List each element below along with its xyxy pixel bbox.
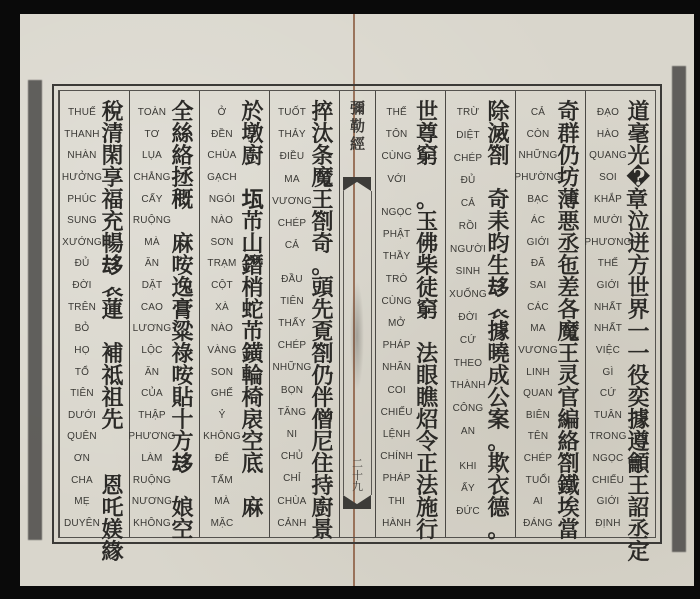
quoc-ngu-gloss: TUỐTTHẢYĐIỀUMAVƯƠNGCHÉPCẢĐẦUTIÊNTHẤYCHÉP… xyxy=(274,101,310,531)
gloss-word: CHÉP xyxy=(524,453,553,464)
gloss-word: BẠC xyxy=(527,194,548,205)
han-char: 十 xyxy=(171,409,193,431)
text-column-7: 全絲絡拯穊𤳆麻咹逸膏粱祿咹貼十方𠫾𤳆娘空TOÀNTƠLỤACHẲNGCẤYRUỘ… xyxy=(129,91,199,537)
han-char: 膏 xyxy=(171,299,193,321)
han-char: 景 xyxy=(311,519,333,541)
gloss-word: PHƯƠNG xyxy=(128,431,175,442)
quoc-ngu-gloss: CẢCÒNNHỮNGPHƯỜNGBẠCÁCGIỚIĐÃSAICÁCMAVƯƠNG… xyxy=(520,101,556,531)
quoc-ngu-gloss: THUẾTHANHNHÀNHƯỞNGPHÚCSUNGXƯỚNGĐỦĐỜITRÊN… xyxy=(64,101,100,531)
gloss-word: NHẤT xyxy=(594,302,622,313)
han-char: 持 xyxy=(311,475,333,497)
gloss-word: ĐỦ xyxy=(461,175,476,186)
gloss-word: SUNG xyxy=(67,215,97,226)
han-nom-text: 世尊窮𠳨。玉佛柴徒窮𨷑法眼瞧炤令正法施行 xyxy=(413,101,441,531)
page-sheet: 道毫光�章泣迸方世界一一役奕據遵龥王詔丞定ĐẠOHÀOQUANGSOIKHẮPM… xyxy=(20,14,694,586)
gloss-word: SON xyxy=(211,367,233,378)
gloss-word: LINH xyxy=(526,367,550,378)
gloss-word: THẾ xyxy=(598,258,619,269)
gloss-word: THANH xyxy=(64,129,99,140)
han-char: 遵 xyxy=(627,431,649,453)
gloss-word: HỌ xyxy=(74,345,89,356)
gloss-word: MẸ xyxy=(74,496,89,507)
gloss-word: ĐIỀU xyxy=(280,151,305,162)
han-char: 清 xyxy=(101,123,123,145)
gloss-word: CỦA xyxy=(141,388,163,399)
han-char: 案 xyxy=(487,409,509,431)
han-char: 汰 xyxy=(311,123,333,145)
gloss-word: PHÚC xyxy=(67,194,96,205)
han-char: 享 xyxy=(101,167,123,189)
gloss-word: ĐỜI xyxy=(72,280,91,291)
book-title-char: 彌 xyxy=(350,99,365,117)
gloss-word: BIÊN xyxy=(526,410,550,421)
han-char: 蛇 xyxy=(241,299,263,321)
han-char: 一 xyxy=(627,343,649,365)
gloss-word: GÌ xyxy=(603,367,614,378)
han-char: 。 xyxy=(487,519,509,541)
gloss-word: CHỈ xyxy=(283,473,301,484)
han-char: 底 xyxy=(241,453,263,475)
gloss-word: SƠN xyxy=(210,237,233,248)
han-char: 定 xyxy=(627,541,649,563)
gloss-word: CÒN xyxy=(527,129,550,140)
gloss-word: ẤY xyxy=(461,483,475,494)
gloss-word: CHIẾU xyxy=(381,407,413,418)
fishtail-bottom-icon xyxy=(343,495,371,509)
gloss-word: LỆNH xyxy=(383,429,410,440)
han-char: 拯 xyxy=(171,167,193,189)
gloss-word: TÊN xyxy=(528,431,549,442)
gloss-word: BỌN xyxy=(281,385,303,396)
gloss-word: QUANG xyxy=(589,150,627,161)
quoc-ngu-gloss: THẾTÔNCÙNGVỚINGỌCPHẬTTHẦYTRÒCÙNGMỞPHÁPNH… xyxy=(380,101,413,531)
gloss-word: TỔ xyxy=(75,367,89,378)
han-char: 炤 xyxy=(416,409,438,431)
gloss-word: TUỐT xyxy=(278,107,306,118)
han-char: 正 xyxy=(416,453,438,475)
gloss-word: CHẲNG xyxy=(133,172,170,183)
quoc-ngu-gloss: TRỪDIỆTCHÉPĐỦCẢRỒINGƯỜISINHXUỐNGĐỜICỨTHE… xyxy=(450,101,486,531)
gloss-word: ĐÁNG xyxy=(523,518,553,529)
page-number: 二 十 九 xyxy=(340,458,375,493)
gloss-word: Ở xyxy=(218,107,227,118)
han-char: �章 xyxy=(626,167,651,211)
gloss-word: MƯỜI xyxy=(593,215,622,226)
han-char: 絡 xyxy=(557,431,579,453)
gloss-word: VÀNG xyxy=(207,345,236,356)
han-char: 悪 xyxy=(557,211,579,233)
gloss-word: SAI xyxy=(530,280,547,291)
gloss-word: DẶT xyxy=(142,280,163,291)
gloss-word: VƯƠNG xyxy=(518,345,558,356)
gloss-word: XƯỚNG xyxy=(62,237,102,248)
gloss-word: THEO xyxy=(454,358,483,369)
han-char: 補 xyxy=(101,343,123,365)
gloss-word: HƯỞNG xyxy=(62,172,102,183)
book-title: 彌 勒 經 xyxy=(340,99,375,153)
gloss-word: ĐẦU xyxy=(281,274,303,285)
gloss-word: TRÊN xyxy=(68,302,96,313)
han-char: 埃 xyxy=(557,497,579,519)
han-char: 王 xyxy=(311,189,333,211)
text-frame: 道毫光�章泣迸方世界一一役奕據遵龥王詔丞定ĐẠOHÀOQUANGSOIKHẮPM… xyxy=(52,84,662,544)
quoc-ngu-gloss: TOÀNTƠLỤACHẲNGCẤYRUỘNGMÀĂNDẶTCAOLƯƠNGLỘC… xyxy=(134,101,170,531)
gloss-word: DƯỚI xyxy=(68,410,96,421)
han-char: 耒 xyxy=(487,211,509,233)
han-char: 覔 xyxy=(311,321,333,343)
han-char: 迸 xyxy=(627,233,649,255)
text-column-4: 世尊窮𠳨。玉佛柴徒窮𨷑法眼瞧炤令正法施行THẾTÔNCÙNGVỚINGỌCPHẬ… xyxy=(375,91,445,537)
han-char: 輪 xyxy=(241,365,263,387)
gloss-word: MÀ xyxy=(144,237,159,248)
gloss-word: CHÉP xyxy=(454,153,483,164)
gloss-word: SOI xyxy=(599,172,617,183)
han-char: 滅 xyxy=(487,123,509,145)
gloss-word: CÙNG xyxy=(382,296,412,307)
han-char: 空 xyxy=(171,519,193,541)
gloss-word: CHỦ xyxy=(281,451,303,462)
text-columns: 道毫光�章泣迸方世界一一役奕據遵龥王詔丞定ĐẠOHÀOQUANGSOIKHẮPM… xyxy=(59,91,655,537)
han-char: 㐌 xyxy=(557,255,579,277)
gloss-word: NÀO xyxy=(211,215,233,226)
gloss-word: PHẬT xyxy=(383,229,410,240)
gloss-word: ĂN xyxy=(145,367,159,378)
han-char: 役 xyxy=(627,365,649,387)
han-char: 劄 xyxy=(487,145,509,167)
gloss-word: GIỚI xyxy=(527,237,550,248)
gloss-word: MÀ xyxy=(214,496,229,507)
gloss-word: NHÃN xyxy=(382,362,411,373)
gloss-word: KHI xyxy=(459,461,476,472)
han-char: 德 xyxy=(487,497,509,519)
gloss-word: DIỆT xyxy=(456,130,480,141)
han-char: 奇 xyxy=(557,101,579,123)
han-nom-text: 奇群仍坊薄悪丞㐌差各魔王灵官編絡劄鐵埃當 xyxy=(556,101,581,531)
han-char: 奇 xyxy=(487,189,509,211)
han-char: 鐕 xyxy=(241,255,263,277)
gloss-word: CHA xyxy=(71,475,93,486)
han-char: 廚 xyxy=(311,497,333,519)
gloss-word: CÔNG xyxy=(453,403,484,414)
text-column-6: 於墩廚𡎝𤬪芇山鐕梢蛇芇鐄輪椅扆空底𦁻麻𪰛ỞĐỀNCHÙAGẠCHNGÓINÀOS… xyxy=(199,91,269,537)
han-char: 吒 xyxy=(101,497,123,519)
gloss-word: NI xyxy=(287,429,297,440)
han-char: 窮 xyxy=(416,145,438,167)
han-char: 鐄 xyxy=(241,343,263,365)
han-char: 王 xyxy=(557,343,579,365)
han-nom-text: 於墩廚𡎝𤬪芇山鐕梢蛇芇鐄輪椅扆空底𦁻麻𪰛 xyxy=(240,101,265,531)
gloss-word: CHÍNH xyxy=(380,451,413,462)
han-char: 扆 xyxy=(241,409,263,431)
han-char: 𤬪 xyxy=(241,189,263,211)
gloss-word: THÀNH xyxy=(450,380,485,391)
han-char: 官 xyxy=(557,387,579,409)
han-char: 魔 xyxy=(311,167,333,189)
text-column-1: 道毫光�章泣迸方世界一一役奕據遵龥王詔丞定ĐẠOHÀOQUANGSOIKHẮPM… xyxy=(585,91,655,537)
gloss-word: TUÂN xyxy=(594,410,622,421)
gloss-word: CHÙA xyxy=(207,150,236,161)
gloss-word: GHẾ xyxy=(211,388,233,399)
han-char: 逸 xyxy=(171,277,193,299)
gloss-word: SINH xyxy=(456,266,481,277)
han-char: 伴 xyxy=(311,387,333,409)
han-char: 捽 xyxy=(311,101,333,123)
han-char: 世 xyxy=(627,277,649,299)
han-char: 令 xyxy=(416,431,438,453)
han-char: 編 xyxy=(557,409,579,431)
han-char: 於 xyxy=(241,101,263,123)
han-char: 空 xyxy=(241,431,263,453)
text-column-8: 稅清閑享福充暢𠫾𧘇蓮𡗶補祗祖先𠁑𢖵恩吒媄緣THUẾTHANHNHÀNHƯỞNGP… xyxy=(59,91,129,537)
text-column-2: 奇群仍坊薄悪丞㐌差各魔王灵官編絡劄鐵埃當CẢCÒNNHỮNGPHƯỜNGBẠCÁ… xyxy=(515,91,585,537)
quoc-ngu-gloss: ĐẠOHÀOQUANGSOIKHẮPMƯỜIPHƯƠNGTHẾGIỚINHẤTN… xyxy=(590,101,626,531)
gloss-word: TRẠM xyxy=(207,258,236,269)
gloss-word: ƠN xyxy=(74,453,90,464)
han-char: 頭 xyxy=(311,277,333,299)
gloss-word: ĐÃ xyxy=(531,258,545,269)
gloss-word: CHÉP xyxy=(278,340,307,351)
han-char: 。 xyxy=(416,189,438,211)
han-char: 成 xyxy=(487,365,509,387)
gloss-word: VỚI xyxy=(387,174,406,185)
gloss-word: QUAN xyxy=(523,388,553,399)
han-char: 劄 xyxy=(557,453,579,475)
gloss-word: HÀNH xyxy=(382,518,411,529)
han-nom-text: 除滅劄𢬣奇耒昀生𠫾𧘇據曉成公案。欺衣德。 xyxy=(486,101,511,531)
gloss-word: TRÒ xyxy=(386,274,408,285)
gloss-word: CHIẾU xyxy=(592,475,624,486)
gloss-word: CHÙA xyxy=(277,496,306,507)
han-char: 墩 xyxy=(241,123,263,145)
han-char: 緣 xyxy=(101,541,123,563)
han-char: 𧘇 xyxy=(101,277,123,299)
gloss-word: AN xyxy=(461,426,475,437)
gloss-word: MẶC xyxy=(211,518,234,529)
gloss-word: BỎ xyxy=(75,323,90,334)
han-char: 奕 xyxy=(627,387,649,409)
gloss-word: CÙNG xyxy=(382,151,412,162)
gloss-word: ĐỨC xyxy=(456,506,480,517)
gloss-word: CỨ xyxy=(600,388,616,399)
right-margin-shade xyxy=(672,66,686,552)
gloss-word: CỨ xyxy=(460,335,476,346)
gloss-word: ĐỂ xyxy=(215,453,229,464)
gloss-word: TƠ xyxy=(144,129,159,140)
gloss-word: PHƯỜNG xyxy=(514,172,561,183)
gloss-word: NHÀN xyxy=(67,150,96,161)
han-char: 薄 xyxy=(557,189,579,211)
gloss-word: THẦY xyxy=(383,251,410,262)
han-nom-text: 捽汰条魔王劄奇。頭先覔劄仍伴僧尼住持廚景 xyxy=(310,101,335,531)
han-char: 祖 xyxy=(101,387,123,409)
han-char: 坊 xyxy=(557,167,579,189)
han-char: 麻 xyxy=(171,233,193,255)
han-char: 先 xyxy=(311,299,333,321)
gloss-word: LỘC xyxy=(141,345,162,356)
han-char: 椅 xyxy=(241,387,263,409)
text-frame-inner: 道毫光�章泣迸方世界一一役奕據遵龥王詔丞定ĐẠOHÀOQUANGSOIKHẮPM… xyxy=(58,90,656,538)
gloss-word: GIỚI xyxy=(597,280,620,291)
han-char: 法 xyxy=(416,475,438,497)
gloss-word: NGỌC xyxy=(381,207,412,218)
han-char: 據 xyxy=(487,321,509,343)
gloss-word: NGỌC xyxy=(593,453,624,464)
gloss-word: MA xyxy=(284,174,299,185)
han-char: 仍 xyxy=(311,365,333,387)
text-column-5: 捽汰条魔王劄奇。頭先覔劄仍伴僧尼住持廚景TUỐTTHẢYĐIỀUMAVƯƠNGC… xyxy=(269,91,339,537)
gloss-word: CẢNH xyxy=(277,518,306,529)
gloss-word: CHÉP xyxy=(278,218,307,229)
han-char: 毫 xyxy=(627,123,649,145)
han-char: 福 xyxy=(101,189,123,211)
han-char: 行 xyxy=(416,519,438,541)
page-number-char: 九 xyxy=(352,481,363,493)
center-rule xyxy=(343,191,344,495)
gloss-word: CẤY xyxy=(141,194,162,205)
han-char: 住 xyxy=(311,453,333,475)
han-char: 暢 xyxy=(101,233,123,255)
han-char: 𠫾 xyxy=(101,255,123,277)
gloss-word: LÀM xyxy=(141,453,162,464)
han-char: 瞧 xyxy=(416,387,438,409)
gloss-word: RỒI xyxy=(459,221,477,232)
han-char: 群 xyxy=(557,123,579,145)
gloss-word: TĂNG xyxy=(278,407,307,418)
han-char: 佛 xyxy=(416,233,438,255)
gloss-word: TUỔI xyxy=(526,475,551,486)
gloss-word: PHÁP xyxy=(383,473,411,484)
han-char: 公 xyxy=(487,387,509,409)
gloss-word: CAO xyxy=(141,302,163,313)
han-char: 山 xyxy=(241,233,263,255)
han-char: 貼 xyxy=(171,387,193,409)
gloss-word: KHÔNG xyxy=(203,431,241,442)
gloss-word: Ỷ xyxy=(219,410,226,421)
gloss-word: KHẮP xyxy=(594,194,622,205)
han-char: 尼 xyxy=(311,431,333,453)
han-char: 鐵 xyxy=(557,475,579,497)
han-char: 芇 xyxy=(241,211,263,233)
han-char: 仍 xyxy=(557,145,579,167)
han-char: 。 xyxy=(487,431,509,453)
han-char: 曉 xyxy=(487,343,509,365)
han-char: 粱 xyxy=(171,321,193,343)
left-margin-shade xyxy=(28,80,42,540)
han-char: 界 xyxy=(627,299,649,321)
gloss-word: NÀO xyxy=(211,323,233,334)
gloss-word: NHẤT xyxy=(594,323,622,334)
gloss-word: TIÊN xyxy=(280,296,304,307)
han-char: 衣 xyxy=(487,475,509,497)
han-char: 差 xyxy=(557,277,579,299)
gloss-word: THẾ xyxy=(386,107,407,118)
gloss-word: CẢ xyxy=(285,240,299,251)
han-char: 祿 xyxy=(171,343,193,365)
han-char: 王 xyxy=(627,475,649,497)
book-title-char: 經 xyxy=(350,135,365,153)
gloss-word: CẢ xyxy=(531,107,545,118)
han-char: 當 xyxy=(557,519,579,541)
han-char: 徒 xyxy=(416,277,438,299)
gloss-word: GIỚI xyxy=(597,496,620,507)
han-char: 灵 xyxy=(557,365,579,387)
han-char: 閑 xyxy=(101,145,123,167)
han-char: 各 xyxy=(557,299,579,321)
gloss-word: LƯƠNG xyxy=(133,323,172,334)
han-char: 。 xyxy=(311,255,333,277)
han-char: 僧 xyxy=(311,409,333,431)
han-char: 劄 xyxy=(311,211,333,233)
han-char: 充 xyxy=(101,211,123,233)
han-char: 奇 xyxy=(311,233,333,255)
gloss-word: KHÔNG xyxy=(133,518,171,529)
gloss-word: ÁC xyxy=(531,215,545,226)
gloss-word: MỞ xyxy=(388,318,405,329)
gloss-word: THẢY xyxy=(278,129,305,140)
han-char: 世 xyxy=(416,101,438,123)
gloss-word: CẢ xyxy=(461,198,475,209)
han-char: 丞 xyxy=(557,233,579,255)
han-char: 𧘇 xyxy=(487,299,509,321)
gloss-word: QUÊN xyxy=(67,431,97,442)
gloss-word: XÀ xyxy=(215,302,229,313)
han-char: 蓮 xyxy=(101,299,123,321)
gloss-word: ĐỀN xyxy=(211,129,233,140)
center-strip: 彌 勒 經 二 十 九 xyxy=(339,91,375,537)
gloss-word: NGÓI xyxy=(209,194,235,205)
han-char: 恩 xyxy=(101,475,123,497)
han-char: 尊 xyxy=(416,123,438,145)
gloss-word: ĐỦ xyxy=(75,258,90,269)
han-char: 柴 xyxy=(416,255,438,277)
han-char: 麻 xyxy=(241,497,263,519)
han-nom-text: 稅清閑享福充暢𠫾𧘇蓮𡗶補祗祖先𠁑𢖵恩吒媄緣 xyxy=(100,101,125,531)
han-char: 眼 xyxy=(416,365,438,387)
han-char: 娘 xyxy=(171,497,193,519)
han-char: 咹 xyxy=(171,365,193,387)
han-char: 欺 xyxy=(487,453,509,475)
han-char: 玉 xyxy=(416,211,438,233)
gloss-word: COI xyxy=(387,385,405,396)
han-char: 昀 xyxy=(487,233,509,255)
gloss-word: GẠCH xyxy=(207,172,237,183)
gloss-word: THẬP xyxy=(138,410,165,421)
han-char: 咹 xyxy=(171,255,193,277)
gloss-word: DUYÊN xyxy=(64,518,100,529)
han-char: 窮 xyxy=(416,299,438,321)
text-column-3: 除滅劄𢬣奇耒昀生𠫾𧘇據曉成公案。欺衣德。TRỪDIỆTCHÉPĐỦCẢRỒING… xyxy=(445,91,515,537)
han-char: 稅 xyxy=(101,101,123,123)
han-char: 方 xyxy=(171,431,193,453)
han-char: 龥 xyxy=(627,453,649,475)
gloss-word: ĐẠO xyxy=(597,107,619,118)
book-title-char: 勒 xyxy=(350,117,365,135)
gloss-word: TOÀN xyxy=(138,107,166,118)
gloss-word: TRỪ xyxy=(457,107,479,118)
han-char: 絡 xyxy=(171,145,193,167)
center-rule xyxy=(371,191,372,495)
gloss-word: HÀO xyxy=(597,129,619,140)
han-char: 據 xyxy=(627,409,649,431)
gloss-word: CÁC xyxy=(527,302,549,313)
gloss-word: CỘT xyxy=(211,280,233,291)
gloss-word: ĂN xyxy=(145,258,159,269)
han-char: 𠫾 xyxy=(487,277,509,299)
gloss-word: TÔN xyxy=(386,129,408,140)
han-char: 条 xyxy=(311,145,333,167)
han-char: 祗 xyxy=(101,365,123,387)
han-char: 𠫾 xyxy=(171,453,193,475)
